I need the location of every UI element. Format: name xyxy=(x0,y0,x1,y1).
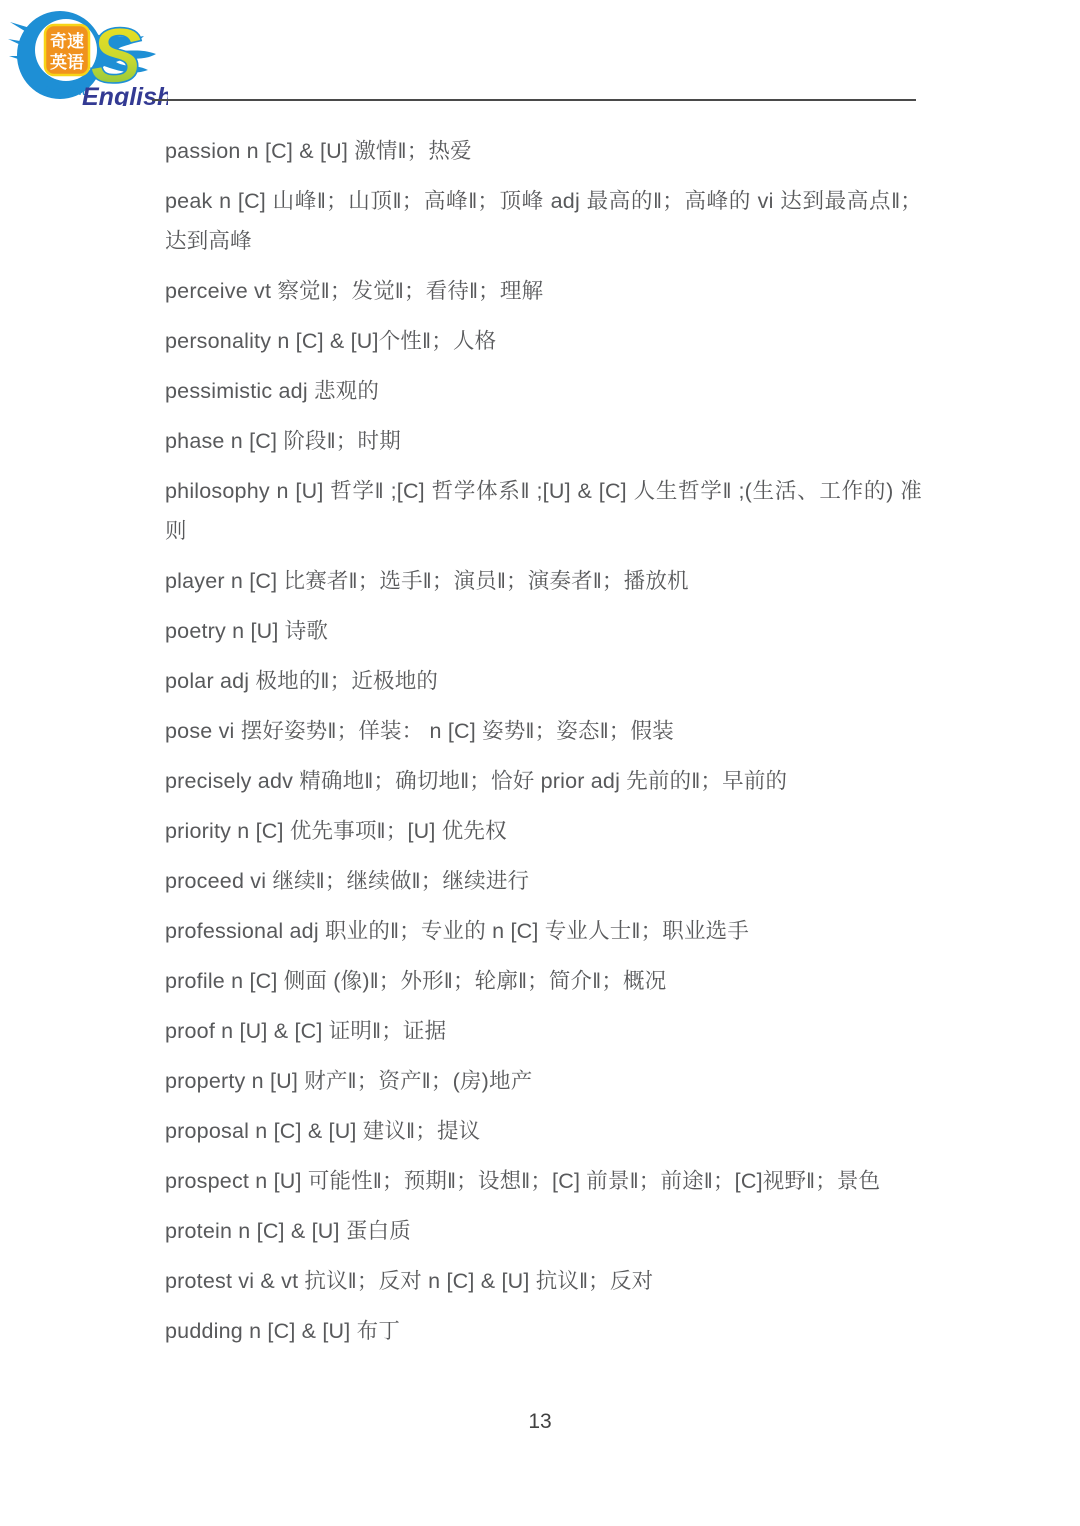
vocab-entry: proceed vi 继续‖；继续做‖；继续进行 xyxy=(165,861,922,901)
logo-english-text: English xyxy=(82,83,168,106)
vocab-entry: protest vi & vt 抗议‖；反对 n [C] & [U] 抗议‖；反… xyxy=(165,1261,922,1301)
page-number: 13 xyxy=(0,1410,1080,1434)
vocab-entry: precisely adv 精确地‖；确切地‖；恰好 prior adj 先前的… xyxy=(165,761,922,801)
vocab-entry: protein n [C] & [U] 蛋白质 xyxy=(165,1211,922,1251)
vocab-entry: passion n [C] & [U] 激情‖；热爱 xyxy=(165,131,922,171)
vocab-entry: prospect n [U] 可能性‖；预期‖；设想‖；[C] 前景‖；前途‖；… xyxy=(165,1161,922,1201)
vocab-entry: property n [U] 财产‖；资产‖；(房)地产 xyxy=(165,1061,922,1101)
vocab-entry: proof n [U] & [C] 证明‖；证据 xyxy=(165,1011,922,1051)
vocab-entry: priority n [C] 优先事项‖；[U] 优先权 xyxy=(165,811,922,851)
logo-instant-text: Instant xyxy=(44,82,87,98)
vocab-entry: profile n [C] 侧面 (像)‖；外形‖；轮廓‖；简介‖；概况 xyxy=(165,961,922,1001)
vocab-entry: perceive vt 察觉‖；发觉‖；看待‖；理解 xyxy=(165,271,922,311)
logo-badge-text-bottom: 英语 xyxy=(50,52,84,72)
vocab-entry: personality n [C] & [U]个性‖；人格 xyxy=(165,321,922,361)
vocab-entry: pose vi 摆好姿势‖；佯装： n [C] 姿势‖；姿态‖；假装 xyxy=(165,711,922,751)
vocab-entry: poetry n [U] 诗歌 xyxy=(165,611,922,651)
vocab-entry: proposal n [C] & [U] 建议‖；提议 xyxy=(165,1111,922,1151)
vocab-entry: pessimistic adj 悲观的 xyxy=(165,371,922,411)
logo-badge-text-top: 奇速 xyxy=(50,31,84,51)
vocab-entry: phase n [C] 阶段‖；时期 xyxy=(165,421,922,461)
document-page: 奇速 英语 S Instant English passion n [C] & … xyxy=(0,0,1080,1526)
vocab-entry: player n [C] 比赛者‖；选手‖；演员‖；演奏者‖；播放机 xyxy=(165,561,922,601)
entry-list: passion n [C] & [U] 激情‖；热爱peak n [C] 山峰‖… xyxy=(165,131,922,1361)
vocab-entry: peak n [C] 山峰‖；山顶‖；高峰‖；顶峰 adj 最高的‖；高峰的 v… xyxy=(165,181,922,261)
instant-english-logo-icon: 奇速 英语 S Instant English xyxy=(8,6,168,106)
vocab-entry: philosophy n [U] 哲学‖ ;[C] 哲学体系‖ ;[U] & [… xyxy=(165,471,922,551)
vocab-entry: polar adj 极地的‖；近极地的 xyxy=(165,661,922,701)
vocab-entry: professional adj 职业的‖；专业的 n [C] 专业人士‖；职业… xyxy=(165,911,922,951)
vocab-entry: pudding n [C] & [U] 布丁 xyxy=(165,1311,922,1351)
header-divider xyxy=(152,99,916,101)
